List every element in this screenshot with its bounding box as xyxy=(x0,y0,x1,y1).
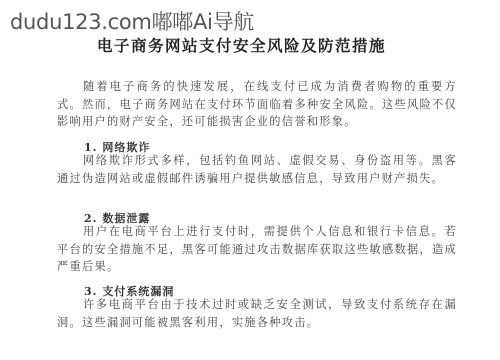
watermark: dudu123.com嘟嘟Ai导航 xyxy=(10,6,254,36)
intro-paragraph: 随着电子商务的快速发展，在线支付已成为消费者购物的重要方式。然而，电子商务网站在… xyxy=(57,78,457,131)
section-body-3: 许多电商平台由于技术过时或缺乏安全测试，导致支付系统存在漏洞。这些漏洞可能被黑客… xyxy=(57,296,457,331)
section-body-2: 用户在电商平台上进行支付时，需提供个人信息和银行卡信息。若平台的安全措施不足，黑… xyxy=(57,223,457,276)
document-title: 电子商务网站支付安全风险及防范措施 xyxy=(97,34,386,56)
section-body-1: 网络欺诈形式多样，包括钓鱼网站、虚假交易、身份盗用等。黑客通过伪造网站或虚假邮件… xyxy=(57,152,457,187)
